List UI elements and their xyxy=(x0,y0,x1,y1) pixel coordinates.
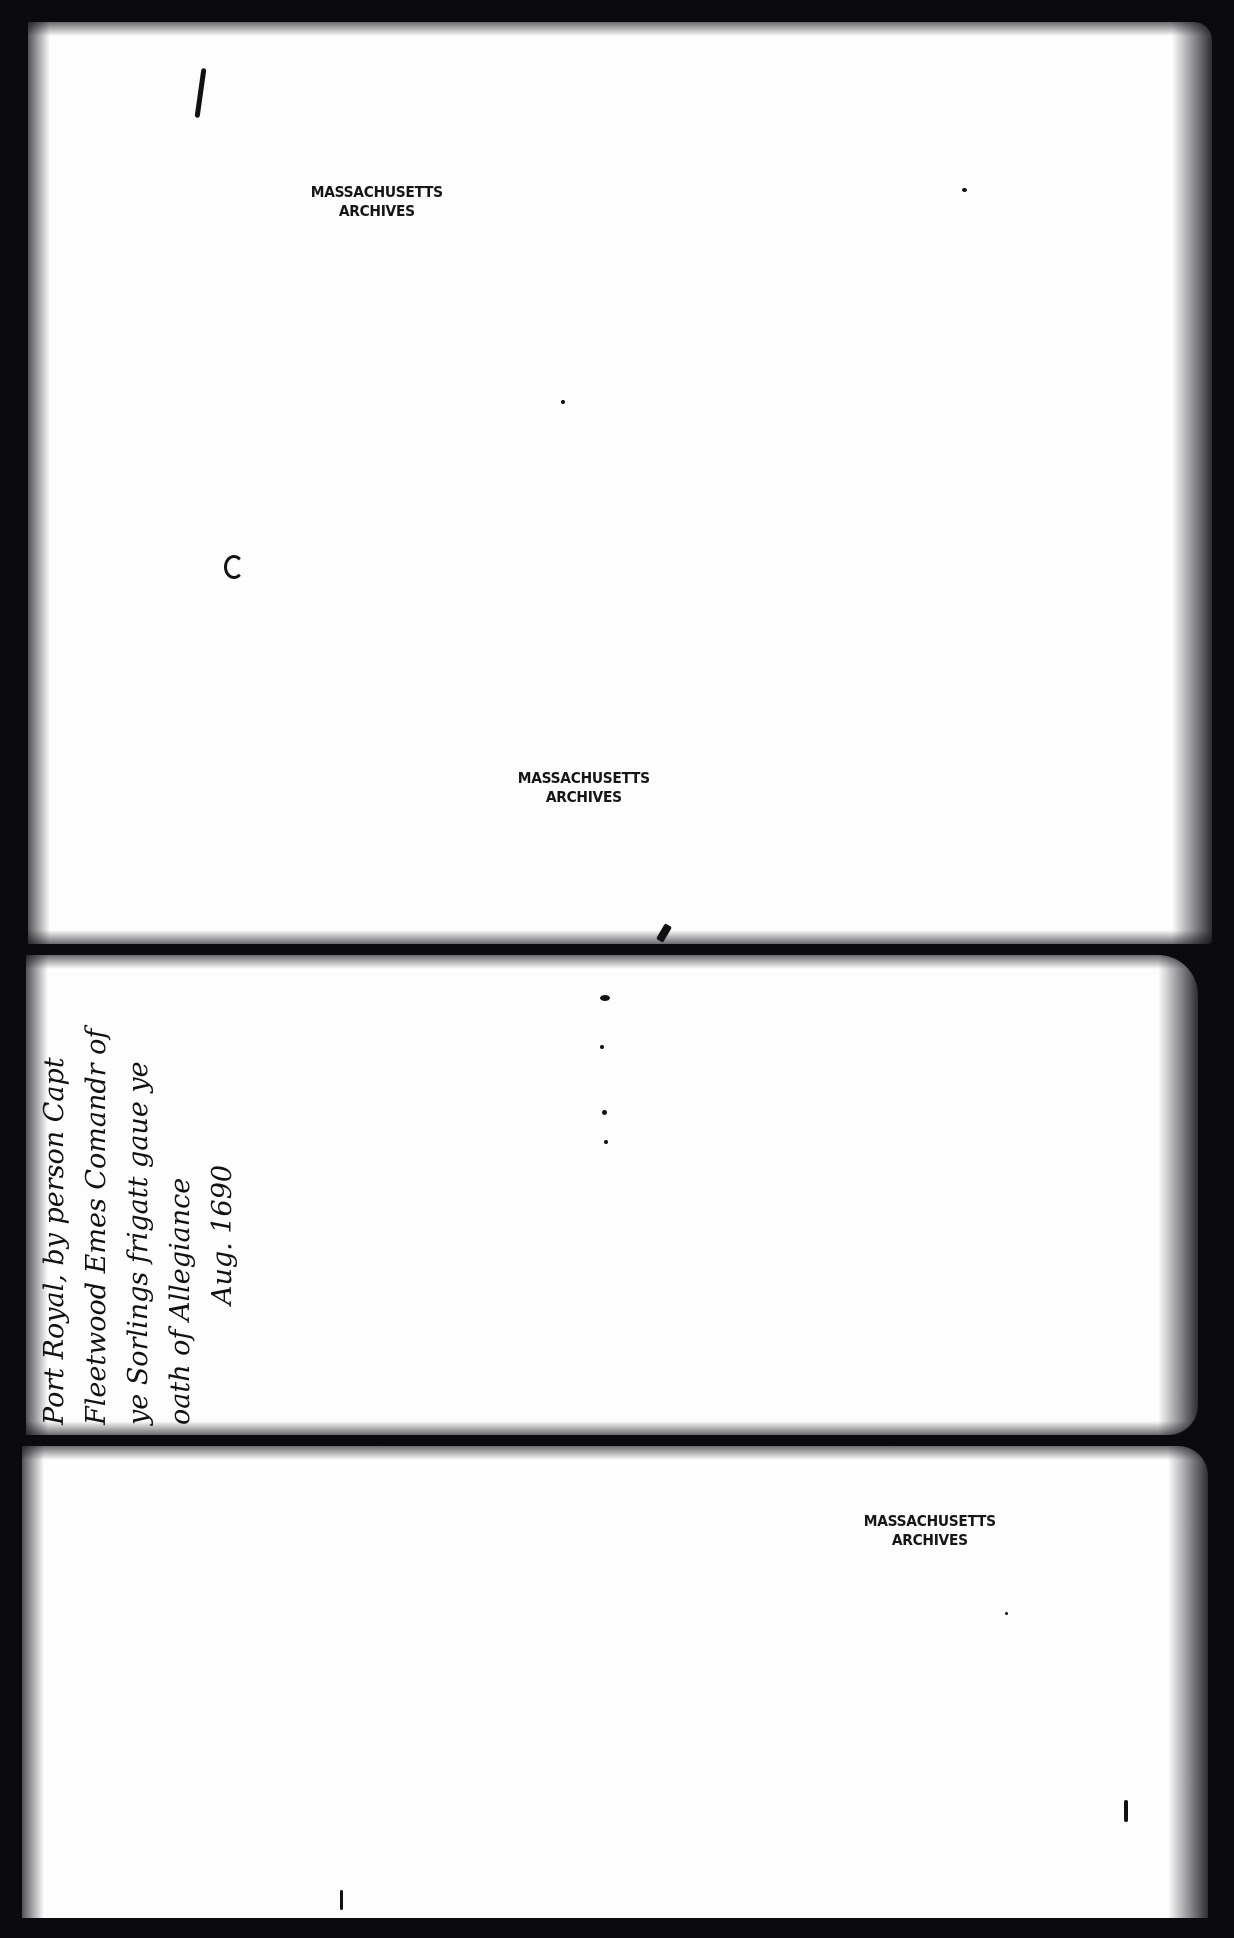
scan-blemish xyxy=(962,188,967,192)
scan-shadow xyxy=(28,22,1212,36)
scan-blemish xyxy=(600,1045,604,1049)
endorsement-line: ye Sorlings frigatt gaue ye xyxy=(118,955,160,1425)
stamp-line-2: ARCHIVES xyxy=(518,788,650,807)
fold-line xyxy=(22,1446,1208,1460)
scan-blemish xyxy=(600,995,610,1001)
stamp-line-1: MASSACHUSETTS xyxy=(311,183,443,202)
scan-shadow xyxy=(1158,955,1198,1435)
scan-blemish xyxy=(602,1110,607,1115)
scan-blemish xyxy=(1005,1612,1008,1615)
scan-shadow xyxy=(1172,22,1212,944)
fold-line xyxy=(28,930,1212,944)
scan-blemish xyxy=(604,1140,608,1144)
archive-stamp: MASSACHUSETTS ARCHIVES xyxy=(311,183,443,221)
stamp-line-2: ARCHIVES xyxy=(311,202,443,221)
stamp-line-1: MASSACHUSETTS xyxy=(518,769,650,788)
endorsement-line: oath of Allegiance xyxy=(160,955,202,1425)
scan-blemish xyxy=(340,1890,343,1910)
scan-shadow xyxy=(1168,1446,1208,1918)
endorsement-line: Fleetwood Emes Comandr of xyxy=(76,955,118,1425)
scan-blemish xyxy=(224,555,244,579)
scan-shadow xyxy=(22,1446,44,1918)
paper-panel-bottom xyxy=(22,1446,1208,1918)
endorsement-date: Aug. 1690 xyxy=(202,955,244,1425)
stamp-line-2: ARCHIVES xyxy=(864,1531,996,1550)
archive-stamp: MASSACHUSETTS ARCHIVES xyxy=(518,769,650,807)
handwritten-endorsement: Port Royal, by person Capt Fleetwood Eme… xyxy=(34,955,274,1425)
scan-blemish xyxy=(1124,1800,1128,1822)
endorsement-line: Port Royal, by person Capt xyxy=(34,955,76,1425)
stamp-line-1: MASSACHUSETTS xyxy=(864,1512,996,1531)
scan-blemish xyxy=(561,400,565,404)
archive-stamp: MASSACHUSETTS ARCHIVES xyxy=(864,1512,996,1550)
scan-shadow xyxy=(28,22,50,944)
